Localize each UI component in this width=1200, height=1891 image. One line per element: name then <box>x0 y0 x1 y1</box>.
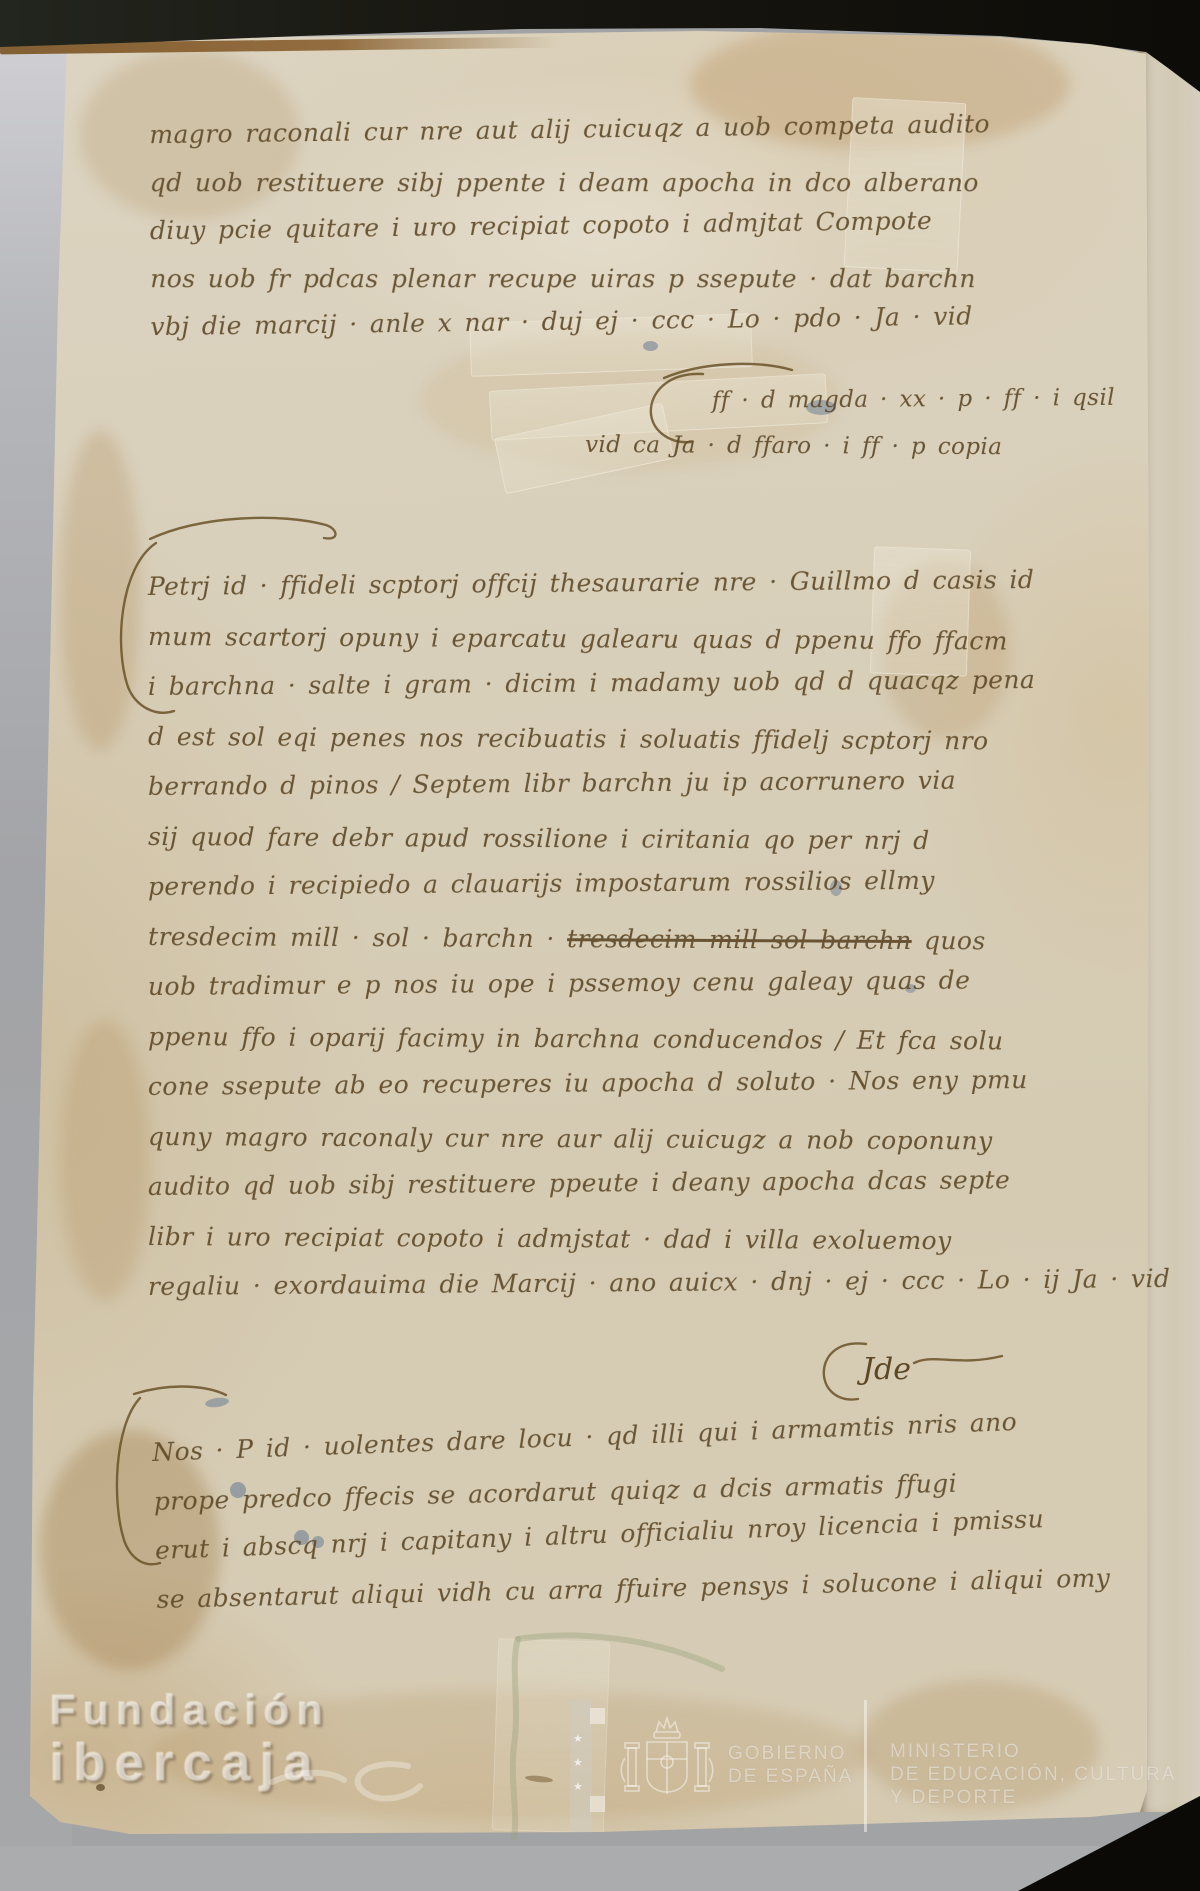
ministerio-line3: Y DEPORTE <box>890 1786 1177 1809</box>
idem-dash-flourish <box>912 1350 1007 1370</box>
star-icon: ★ <box>573 1780 583 1793</box>
signature-line: vid ca Ja · d ffaro · i ff · p copia <box>585 432 1003 479</box>
manuscript-line: vbj die marcij · anle x nar · duj ej · c… <box>150 301 991 360</box>
star-icon: ★ <box>573 1732 583 1745</box>
logo-notch <box>590 1796 605 1812</box>
manuscript-line: magro raconali cur nre aut alij cuicuqz … <box>149 109 990 168</box>
manuscript-line: diuy pcie quitare i uro recipiat copoto … <box>150 205 991 264</box>
manuscript-line: berrando d pinos / Septem libr barchn ju… <box>148 764 1171 822</box>
gobierno-line1: GOBIERNO <box>728 1742 853 1765</box>
line-segment: tresdecim mill · sol · barchn · <box>148 922 567 953</box>
watermark-divider <box>864 1700 867 1832</box>
ibercaja-watermark-line1: Fundación <box>50 1688 330 1735</box>
ministry-logo-bar: ★ ★ ★ <box>570 1700 592 1832</box>
ministerio-line1: MINISTERIO <box>890 1740 1177 1763</box>
idem-mark: Jde <box>862 1352 911 1387</box>
signature-line: ff · d magda · xx · p · ff · i qsil <box>712 385 1115 433</box>
paragraph-2: Petrj id · ffideli scptorj offcij thesau… <box>148 572 1170 1322</box>
logo-notch <box>590 1708 605 1724</box>
manuscript-line: cone ssepute ab eo recuperes iu apocha d… <box>148 1064 1171 1122</box>
line-segment: quos <box>912 926 986 955</box>
green-residue-mark <box>460 1625 760 1845</box>
manuscript-line: uob tradimur e p nos iu ope i pssemoy ce… <box>148 964 1171 1022</box>
paragraph-3: Nos · P id · uolentes dare locu · qd ill… <box>152 1411 1111 1634</box>
manuscript-line: perendo i recipiedo a clauarijs impostar… <box>148 864 1171 922</box>
star-icon: ★ <box>573 1756 583 1769</box>
ministerio-watermark: MINISTERIO DE EDUCACIÓN, CULTURA Y DEPOR… <box>890 1740 1177 1809</box>
paragraph-1: magro raconali cur nre aut alij cuicuqz … <box>149 116 991 360</box>
ibercaja-swirl-icon <box>268 1752 428 1822</box>
manuscript-line: audito qd uob sibj restituere ppeute i d… <box>148 1164 1171 1222</box>
spain-coat-of-arms-icon <box>620 1716 714 1814</box>
manuscript-text-layer: magro raconali cur nre aut alij cuicuqz … <box>0 0 1200 1891</box>
gobierno-line2: DE ESPAÑA <box>728 1765 853 1788</box>
manuscript-line: regaliu · exordauima die Marcij · ano au… <box>148 1264 1171 1322</box>
struck-segment: tresdecim mill sol barchn <box>567 924 912 955</box>
manuscript-line: Petrj id · ffideli scptorj offcij thesau… <box>148 564 1171 622</box>
ministerio-line2: DE EDUCACIÓN, CULTURA <box>890 1763 1177 1786</box>
gobierno-watermark: GOBIERNO DE ESPAÑA <box>728 1742 853 1788</box>
manuscript-scan: magro raconali cur nre aut alij cuicuqz … <box>0 0 1200 1891</box>
manuscript-line: i barchna · salte i gram · dicim i madam… <box>148 664 1171 722</box>
